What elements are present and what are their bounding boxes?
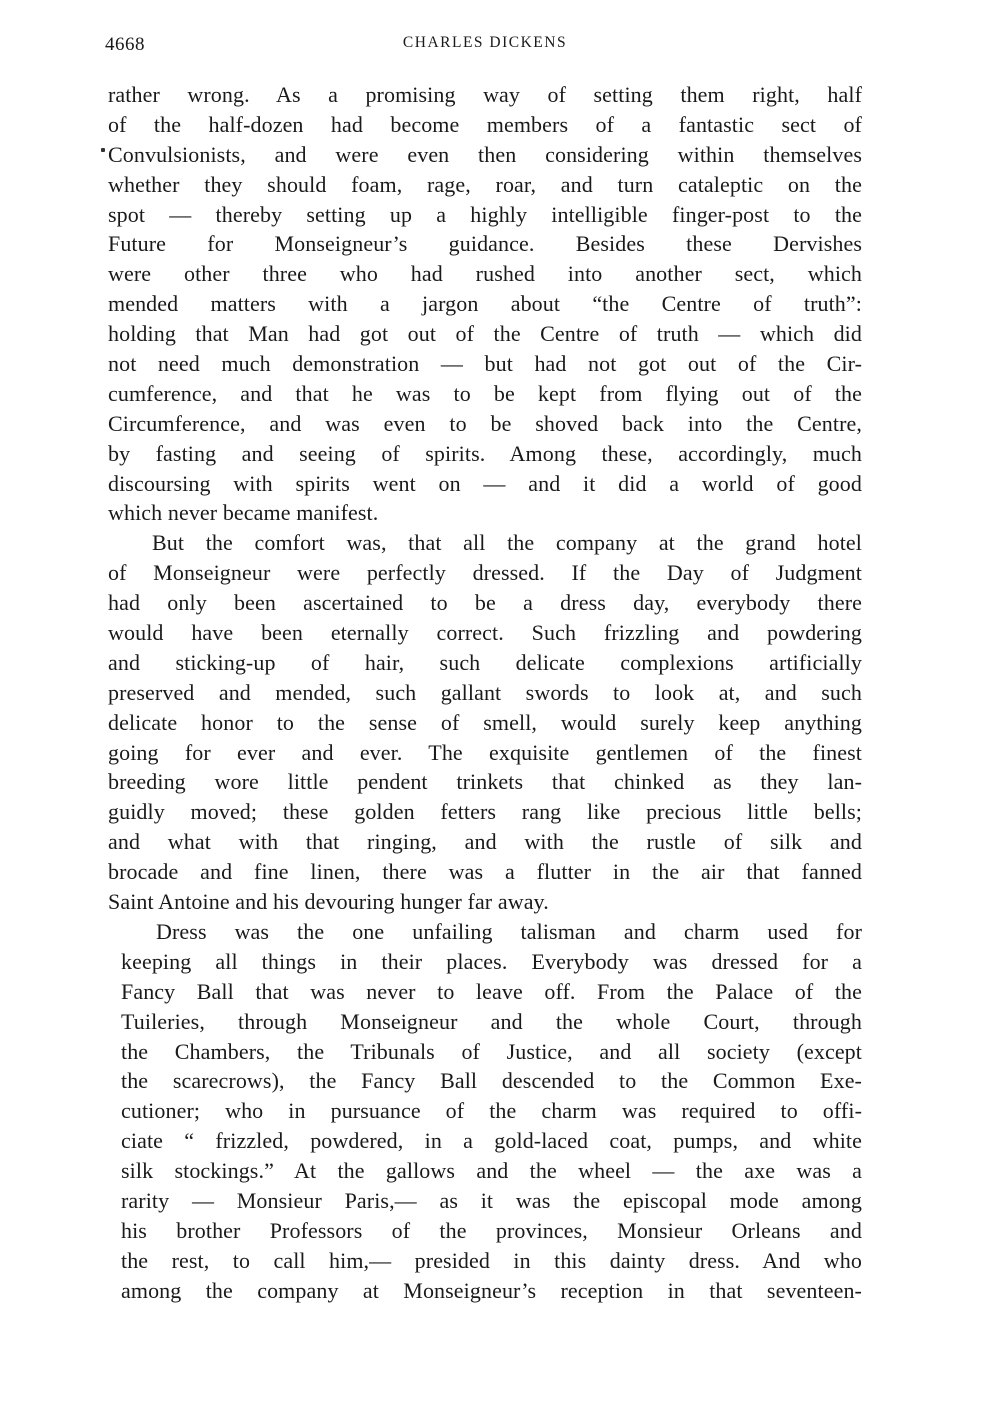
text-line: whether they should foam, rage, roar, an… [108, 170, 862, 200]
text-line: had only been ascertained to be a dress … [108, 588, 862, 618]
text-line: Fancy Ball that was never to leave off. … [108, 977, 862, 1007]
page-header: 4668 CHARLES DICKENS [105, 30, 865, 60]
text-line: Saint Antoine and his devouring hunger f… [108, 887, 862, 917]
text-line: rarity — Monsieur Paris,— as it was the … [108, 1186, 862, 1216]
text-line: silk stockings.” At the gallows and the … [108, 1156, 862, 1186]
text-line: Future for Monseigneur’s guidance. Besid… [108, 229, 862, 259]
text-line: cutioner; who in pursuance of the charm … [108, 1096, 862, 1126]
text-line: not need much demonstration — but had no… [108, 349, 862, 379]
text-line: Dress was the one unfailing talisman and… [108, 917, 862, 947]
text-line: guidly moved; these golden fetters rang … [108, 797, 862, 827]
text-line: of Monseigneur were perfectly dressed. I… [108, 558, 862, 588]
text-line: by fasting and seeing of spirits. Among … [108, 439, 862, 469]
text-line: the scarecrows), the Fancy Ball descende… [108, 1066, 862, 1096]
text-line: which never became manifest. [108, 498, 862, 528]
running-head: CHARLES DICKENS [105, 34, 865, 52]
text-line: going for ever and ever. The exquisite g… [108, 738, 862, 768]
text-line: spot — thereby setting up a highly intel… [108, 200, 862, 230]
text-line: the Chambers, the Tribunals of Justice, … [108, 1037, 862, 1067]
body-text: rather wrong. As a promising way of sett… [108, 80, 862, 1306]
text-line: would have been eternally correct. Such … [108, 618, 862, 648]
paragraph-1: rather wrong. As a promising way of sett… [108, 80, 862, 528]
text-line: and sticking-up of hair, such delicate c… [108, 648, 862, 678]
text-line: holding that Man had got out of the Cent… [108, 319, 862, 349]
text-line: the rest, to call him,— presided in this… [108, 1246, 862, 1276]
text-line: keeping all things in their places. Ever… [108, 947, 862, 977]
text-line: Convulsionists, and were even then consi… [108, 140, 862, 170]
paragraph-2: But the comfort was, that all the compan… [108, 528, 862, 917]
paragraph-3: Dress was the one unfailing talisman and… [108, 917, 862, 1306]
text-line: his brother Professors of the provinces,… [108, 1216, 862, 1246]
margin-mark [101, 148, 105, 152]
text-line: But the comfort was, that all the compan… [108, 528, 862, 558]
text-line: among the company at Monseigneur’s recep… [108, 1276, 862, 1306]
text-line: and what with that ringing, and with the… [108, 827, 862, 857]
text-line: discoursing with spirits went on — and i… [108, 469, 862, 499]
text-line: were other three who had rushed into ano… [108, 259, 862, 289]
text-line: breeding wore little pendent trinkets th… [108, 767, 862, 797]
text-line: of the half-dozen had become members of … [108, 110, 862, 140]
text-line: cumference, and that he was to be kept f… [108, 379, 862, 409]
text-line: mended matters with a jargon about “the … [108, 289, 862, 319]
text-line: ciate “ frizzled, powdered, in a gold-la… [108, 1126, 862, 1156]
text-line: Circumference, and was even to be shoved… [108, 409, 862, 439]
text-line: preserved and mended, such gallant sword… [108, 678, 862, 708]
text-line: Tuileries, through Monseigneur and the w… [108, 1007, 862, 1037]
text-line: rather wrong. As a promising way of sett… [108, 80, 862, 110]
text-line: brocade and fine linen, there was a flut… [108, 857, 862, 887]
text-line: delicate honor to the sense of smell, wo… [108, 708, 862, 738]
